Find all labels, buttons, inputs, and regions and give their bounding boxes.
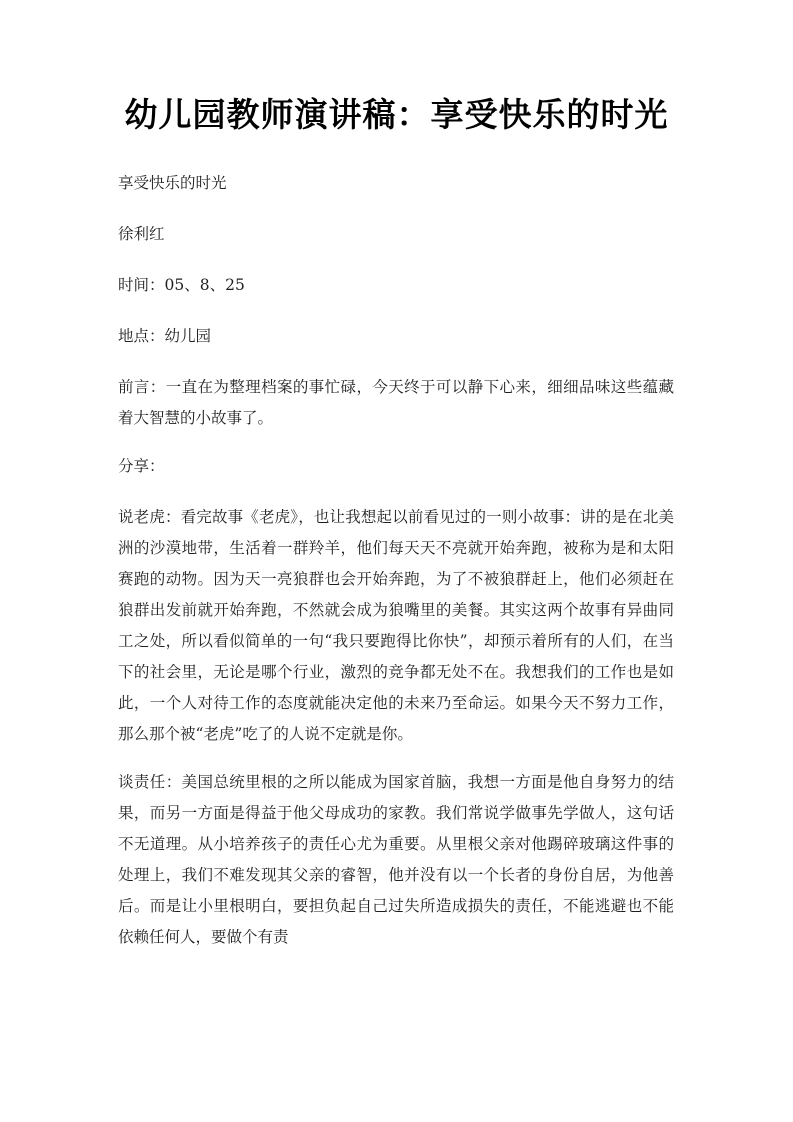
- paragraph-responsibility: 谈责任：美国总统里根的之所以能成为国家首脑，我想一方面是他自身努力的结果，而另一…: [118, 767, 674, 953]
- preface-paragraph: 前言：一直在为整理档案的事忙碌，今天终于可以静下心来，细细品味这些蕴藏着大智慧的…: [118, 372, 674, 434]
- author: 徐利红: [118, 219, 674, 250]
- paragraph-tiger: 说老虎：看完故事《老虎》，也让我想起以前看见过的一则小故事：讲的是在北美洲的沙漠…: [118, 502, 674, 750]
- place-line: 地点：幼儿园: [118, 321, 674, 352]
- time-line: 时间：05、8、25: [118, 270, 674, 301]
- subtitle: 享受快乐的时光: [118, 168, 674, 199]
- document-title: 幼儿园教师演讲稿：享受快乐的时光: [0, 93, 793, 137]
- document-body: 享受快乐的时光 徐利红 时间：05、8、25 地点：幼儿园 前言：一直在为整理档…: [118, 168, 674, 970]
- share-label: 分享：: [118, 451, 674, 482]
